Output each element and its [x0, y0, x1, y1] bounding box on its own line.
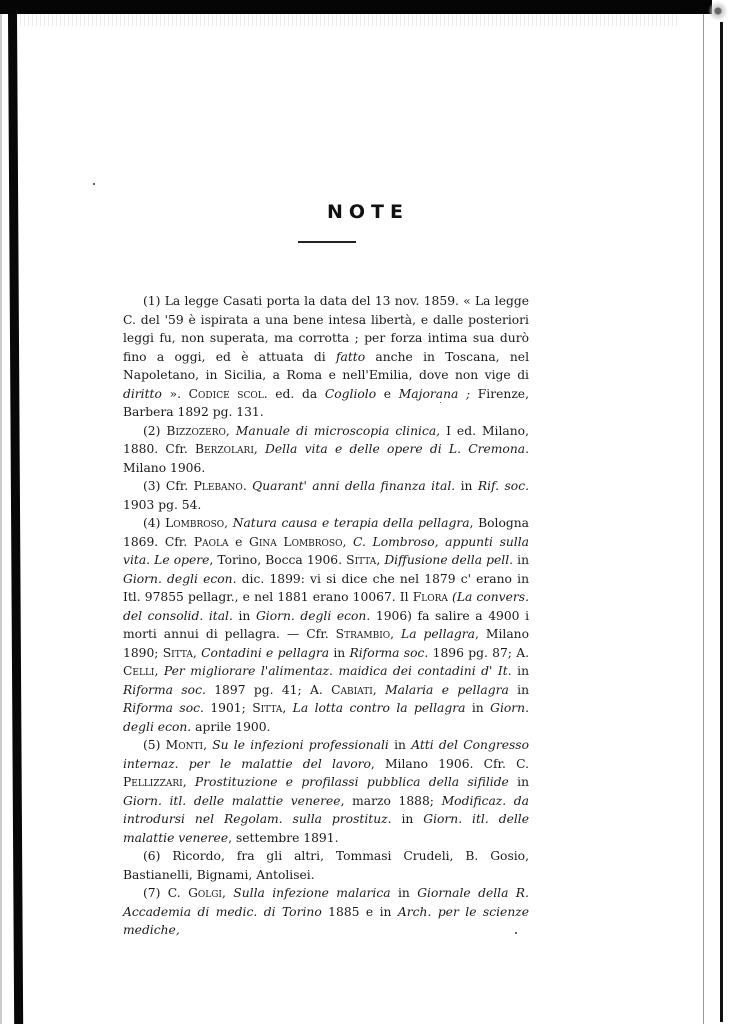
note-text: e: [229, 535, 250, 549]
scan-left-border: [8, 14, 23, 1024]
italic-text: Quarant' anni della finanza ital.: [252, 479, 455, 493]
small-caps-name: Codice scol.: [189, 387, 268, 401]
note-text: ed. da: [268, 387, 325, 401]
note-6: (6) Ricordo, fra gli altri, Tommasi Crud…: [123, 847, 529, 884]
italic-text: Per migliorare l'alimentaz. maidica dei …: [164, 664, 512, 678]
italic-text: Rif. soc.: [478, 479, 529, 493]
note-text: .: [243, 479, 252, 493]
note-text: (3) Cfr.: [143, 479, 194, 493]
note-text: ,: [193, 646, 201, 660]
note-text: in: [233, 609, 256, 623]
note-text: in: [509, 683, 529, 697]
note-text: in: [465, 701, 490, 715]
small-caps-name: Plebano: [194, 479, 243, 493]
italic-text: Giorn. itl. delle malattie veneree: [123, 794, 341, 808]
note-text: ,: [155, 664, 164, 678]
note-text: ,: [224, 516, 233, 530]
italic-text: La lotta contro la pellagra: [293, 701, 466, 715]
small-caps-name: Sitta: [346, 553, 376, 567]
note-text: ».: [162, 387, 189, 401]
note-3: (3) Cfr. Plebano. Quarant' anni della fi…: [123, 477, 529, 514]
note-text: in: [509, 775, 529, 789]
note-text: aprile 1900.: [191, 720, 270, 734]
italic-text: La pellagra: [401, 627, 475, 641]
note-text: 1903 pg. 54.: [123, 498, 201, 512]
italic-text: Natura causa e terapia della pellagra: [233, 516, 470, 530]
note-2: (2) Bizzozero, Manuale di microscopia cl…: [123, 422, 529, 478]
note-text: ,: [203, 738, 212, 752]
small-caps-name: Berzolari: [195, 442, 254, 456]
note-7: (7) C. Golgi, Sulla infezione malarica i…: [123, 884, 529, 940]
scan-right-border: [720, 22, 723, 1022]
note-text: ,: [373, 683, 385, 697]
scan-top-border: [0, 0, 712, 14]
small-caps-name: Sitta: [163, 646, 193, 660]
note-5: (5) Monti, Su le infezioni professionali…: [123, 736, 529, 847]
scan-noise: [20, 14, 680, 26]
small-caps-name: Golgi: [188, 886, 222, 900]
italic-text: Giorn. degli econ.: [256, 609, 370, 623]
note-text: ,: [183, 775, 195, 789]
scan-speck: [440, 402, 441, 403]
note-text: ,: [222, 886, 233, 900]
italic-text: Giorn. degli econ.: [123, 572, 237, 586]
title-rule: [298, 241, 356, 243]
note-text: in: [392, 812, 424, 826]
small-caps-name: Lombroso: [165, 516, 224, 530]
note-text: , settembre 1891.: [228, 831, 338, 845]
small-caps-name: Gina Lombroso: [249, 535, 342, 549]
italic-text: Riforma soc.: [123, 701, 204, 715]
note-4: (4) Lombroso, Natura causa e terapia del…: [123, 514, 529, 736]
italic-text: Contadini e pellagra: [201, 646, 329, 660]
note-text: ,: [342, 535, 353, 549]
note-text: in: [389, 738, 411, 752]
note-text: (4): [143, 516, 165, 530]
note-text: , Milano 1906. Cfr. C.: [371, 757, 529, 771]
small-caps-name: Cabiati: [331, 683, 373, 697]
scan-speck: [93, 183, 95, 185]
note-text: ,: [254, 442, 265, 456]
note-text: 1896 pg. 87; A.: [428, 646, 529, 660]
italic-text: Malaria e pellagra: [385, 683, 509, 697]
italic-text: fatto: [336, 350, 365, 364]
note-text: 1885 e in: [322, 905, 398, 919]
italic-text: Cogliolo: [325, 387, 376, 401]
italic-text: Manuale di microscopia clinica,: [236, 424, 440, 438]
small-caps-name: Bizzozero: [166, 424, 225, 438]
scan-right-margin-line: [703, 14, 704, 1024]
note-text: in: [391, 886, 418, 900]
note-text: in: [455, 479, 478, 493]
notes-list: (1) La legge Casati porta la data del 13…: [123, 292, 529, 940]
small-caps-name: Sitta: [252, 701, 282, 715]
small-caps-name: Flora: [413, 590, 448, 604]
small-caps-name: Celli: [123, 664, 155, 678]
note-text: e: [376, 387, 399, 401]
italic-text: Su le infezioni professionali: [212, 738, 389, 752]
italic-text: Della vita e delle opere di L. Cremona: [265, 442, 525, 456]
page-title: NOTE: [0, 201, 736, 223]
note-text: in: [512, 664, 529, 678]
small-caps-name: Monti: [166, 738, 203, 752]
note-text: (7) C.: [143, 886, 188, 900]
italic-text: Riforma soc.: [350, 646, 429, 660]
small-caps-name: Strambio: [336, 627, 390, 641]
italic-text: Diffusione della pell.: [384, 553, 513, 567]
note-text: ,: [282, 701, 292, 715]
small-caps-name: Pellizzari: [123, 775, 183, 789]
italic-text: Majorana ;: [399, 387, 470, 401]
note-text: in: [329, 646, 349, 660]
note-text: , Torino, Bocca 1906.: [209, 553, 346, 567]
italic-text: diritto: [123, 387, 162, 401]
note-text: (2): [143, 424, 166, 438]
note-text: (6) Ricordo, fra gli altri, Tommasi Crud…: [123, 849, 529, 882]
italic-text: Prostituzione e profilassi pubblica dell…: [195, 775, 509, 789]
italic-text: Riforma soc.: [123, 683, 206, 697]
note-1: (1) La legge Casati porta la data del 13…: [123, 292, 529, 422]
scan-left-edge: [0, 14, 2, 1024]
note-text: (5): [143, 738, 166, 752]
small-caps-name: Paola: [194, 535, 229, 549]
note-text: , marzo 1888;: [341, 794, 442, 808]
note-text: ,: [226, 424, 236, 438]
scan-corner-blot: [706, 0, 736, 22]
scan-speck: [515, 932, 517, 934]
note-text: ,: [390, 627, 401, 641]
note-text: in: [513, 553, 529, 567]
note-text: 1897 pg. 41; A.: [206, 683, 331, 697]
note-text: 1901;: [204, 701, 252, 715]
italic-text: Sulla infezione malarica: [233, 886, 390, 900]
